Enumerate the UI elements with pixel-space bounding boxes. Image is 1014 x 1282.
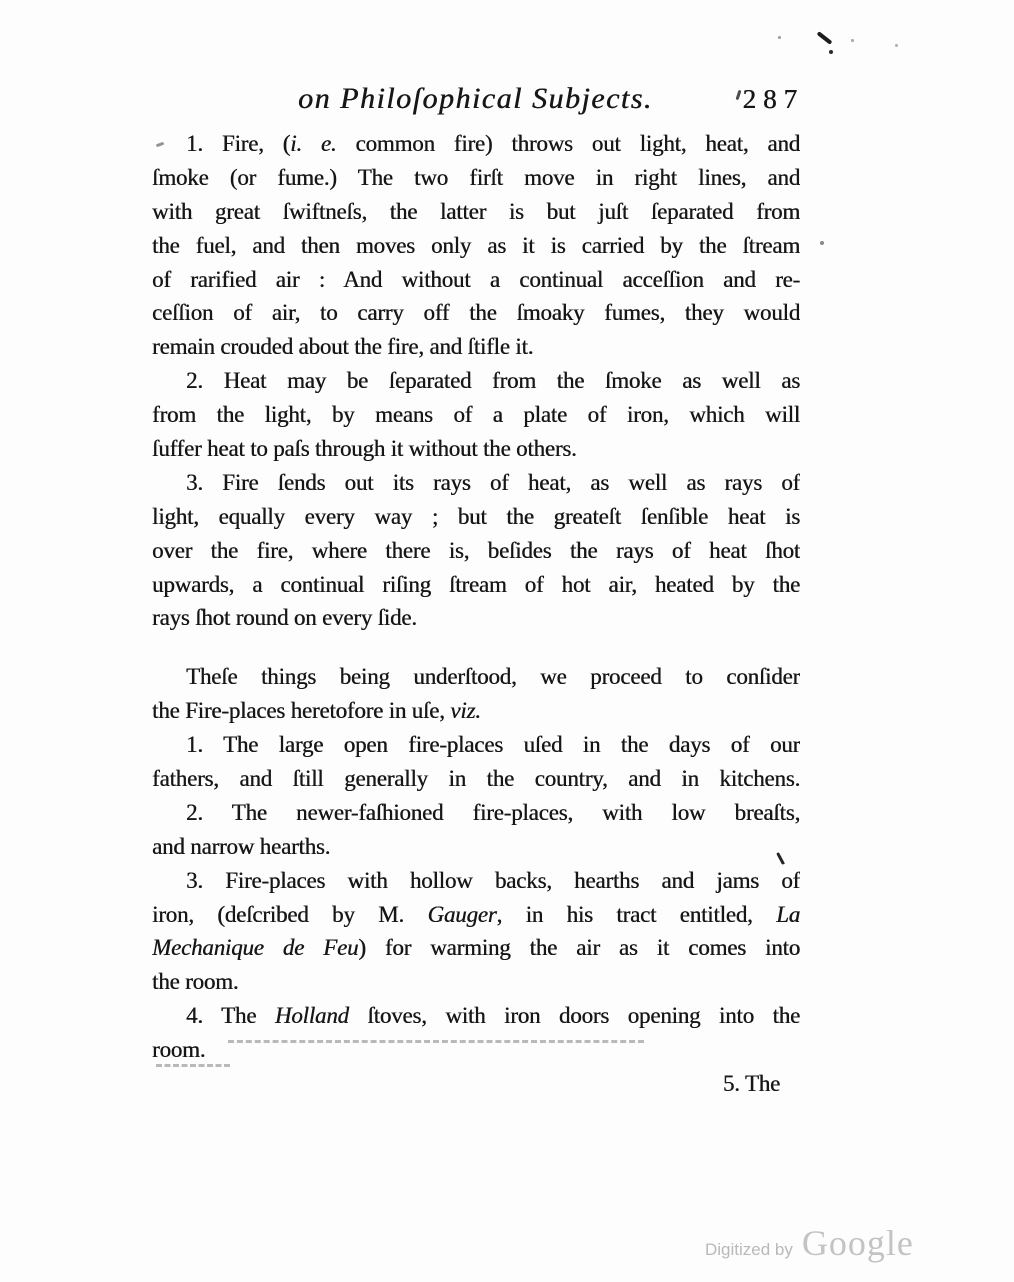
text-line: 2. The newer-faſhioned fire-places, with… [152,796,800,830]
text-segment: ſmoke (or fume.) The two firſt move in r… [152,165,800,190]
text-segment: iron, (deſcribed by M. [152,902,427,927]
text-line: from the light, by means of a plate of i… [152,398,800,432]
text-line: iron, (deſcribed by M. Gauger, in his tr… [152,898,800,932]
text-line: upwards, a continual riſing ſtream of ho… [152,568,800,602]
text-segment: common fire) throws out light, heat, and [336,131,800,156]
text-line: with great ſwiftneſs, the latter is but … [152,195,800,229]
italic-text-segment: Holland [275,1003,349,1028]
text-line: ſmoke (or fume.) The two firſt move in r… [152,161,800,195]
text-line: light, equally every way ; but the great… [152,500,800,534]
text-line: Theſe things being underſtood, we procee… [152,660,800,694]
text-segment: rays ſhot round on every ſide. [152,605,417,630]
text-segment: upwards, a continual riſing ſtream of ho… [152,572,800,597]
bleedthrough-dashes [156,1064,230,1067]
running-header-title: on Philoſophical Subjects. [298,82,653,116]
text-segment: room. [152,1037,205,1062]
book-page-scan: on Philoſophical Subjects. 287 1. Fire, … [0,0,1014,1282]
text-line: 3. Fire ſends out its rays of heat, as w… [152,466,800,500]
text-segment: ſtoves, with iron doors opening into the [349,1003,800,1028]
page-number: 287 [743,84,805,115]
text-segment: the fuel, and then moves only as it is c… [152,233,800,258]
text-segment: of rarified air : And without a continua… [152,267,800,292]
scan-speck [778,36,781,39]
text-line: 3. Fire-places with hollow backs, hearth… [152,864,800,898]
text-segment: 3. Fire-places with hollow backs, hearth… [186,868,800,893]
text-line: fathers, and ſtill generally in the coun… [152,762,800,796]
italic-text-segment: Gauger [427,902,496,927]
text-segment: from the light, by means of a plate of i… [152,402,800,427]
google-logo: Google [802,1222,914,1264]
text-line: of rarified air : And without a continua… [152,263,800,297]
text-line: 4. The Holland ſtoves, with iron doors o… [152,999,800,1033]
text-block: 1. Fire, (i. e. common fire) throws out … [152,127,800,1101]
text-line: 2. Heat may be ſeparated from the ſmoke … [152,364,800,398]
italic-text-segment: viz. [450,698,481,723]
italic-text-segment: i. e. [290,131,336,156]
text-segment: ) for warming the air as it comes into [358,935,800,960]
text-line: remain crouded about the fire, and ſtifl… [152,330,800,364]
running-header: on Philoſophical Subjects. 287 [152,82,804,116]
text-line: Mechanique de Feu) for warming the air a… [152,931,800,965]
text-line: the Fire-places heretofore in uſe, viz. [152,694,800,728]
text-segment: light, equally every way ; but the great… [152,504,800,529]
text-segment: 2. The newer-faſhioned fire-places, with… [186,800,800,825]
text-line: 1. The large open fire-places uſed in th… [152,728,800,762]
text-line: and narrow hearths. [152,830,800,864]
scan-speck [895,44,898,47]
catchword: 5. The [152,1067,800,1101]
text-line: over the fire, where there is, beſides t… [152,534,800,568]
text-segment: 1. Fire, ( [186,131,290,156]
text-line: the room. [152,965,800,999]
text-line: rays ſhot round on every ſide. [152,601,800,635]
text-line: 1. Fire, (i. e. common fire) throws out … [152,127,800,161]
italic-text-segment: Mechanique de Feu [152,935,358,960]
text-segment: 1. The large open fire-places uſed in th… [186,732,800,757]
text-segment: Theſe things being underſtood, we procee… [186,664,800,689]
text-segment: and narrow hearths. [152,834,330,859]
text-segment: ſuffer heat to paſs through it without t… [152,436,577,461]
text-segment: fathers, and ſtill generally in the coun… [152,766,800,791]
scan-speck [820,241,824,245]
body-lines: 1. Fire, (i. e. common fire) throws out … [152,127,800,1067]
text-segment: over the fire, where there is, beſides t… [152,538,800,563]
text-segment: the room. [152,969,238,994]
digitized-by-label: Digitized by [705,1240,793,1260]
text-segment: 4. The [186,1003,275,1028]
scan-speck [851,39,854,42]
text-line: room. [152,1033,800,1067]
text-segment: , in his tract entitled, [497,902,777,927]
text-segment: remain crouded about the fire, and ſtifl… [152,334,533,359]
text-segment: the Fire-places heretofore in uſe, [152,698,450,723]
google-watermark: Digitized by Google [705,1222,914,1264]
bleedthrough-dashes [228,1040,644,1043]
text-segment: 2. Heat may be ſeparated from the ſmoke … [186,368,800,393]
text-line: the fuel, and then moves only as it is c… [152,229,800,263]
text-segment: 3. Fire ſends out its rays of heat, as w… [186,470,800,495]
text-segment: with great ſwiftneſs, the latter is but … [152,199,800,224]
text-segment: ceſſion of air, to carry off the ſmoaky … [152,300,800,325]
ink-smudge [817,31,833,45]
text-line: ſuffer heat to paſs through it without t… [152,432,800,466]
text-line: ceſſion of air, to carry off the ſmoaky … [152,296,800,330]
italic-text-segment: La [776,902,800,927]
ink-dot [829,50,833,54]
